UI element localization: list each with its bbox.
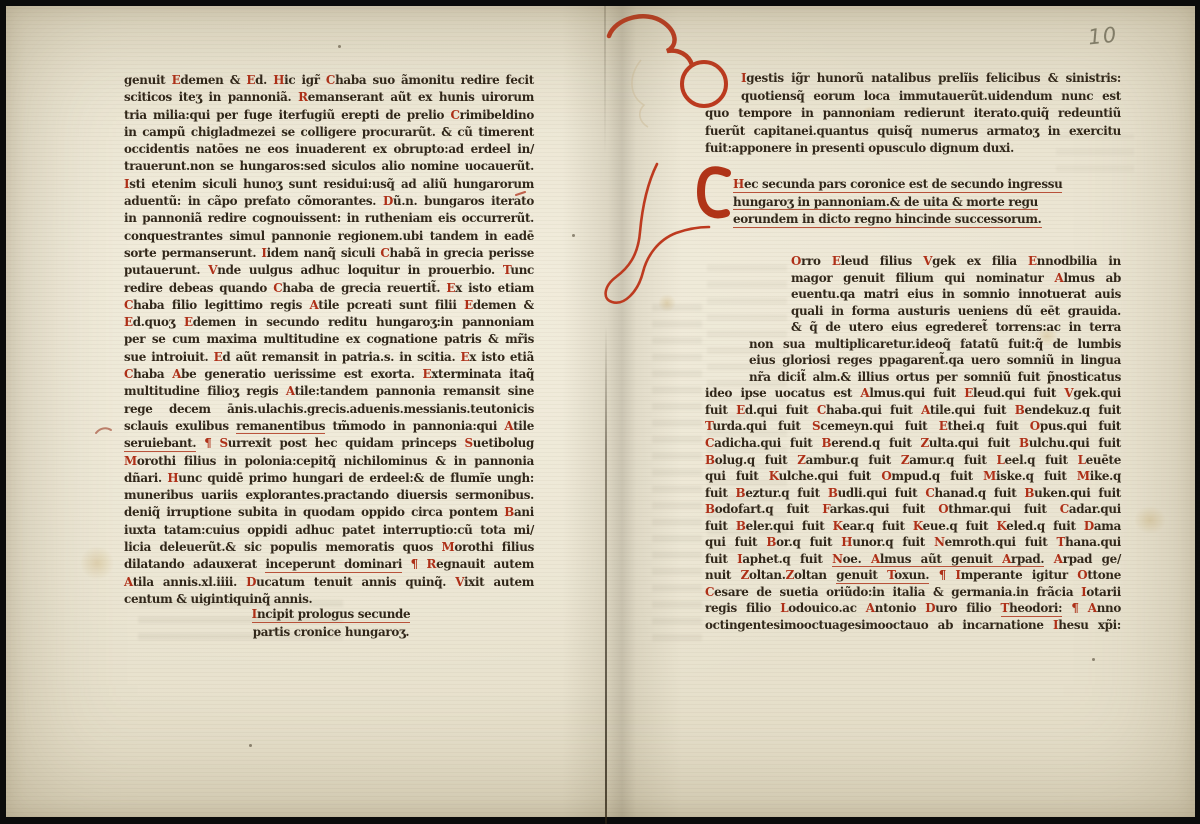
text-line: Chaba Abe generatio uerissime est exorta…: [124, 366, 534, 383]
text-line: quotiensq̃ eorum loca immutauerũt.uidend…: [705, 88, 1121, 106]
text-line: iuxta tatam:cuius oppidi adhuc patet int…: [124, 522, 534, 539]
text-line: nr̃a dicit̃ alm.& illius ortus per somni…: [705, 369, 1121, 386]
stain: [658, 294, 676, 312]
text-line: Bodofart.q fuit Farkas.qui fuit Othmar.q…: [705, 501, 1121, 518]
handwritten-page-number: 10: [1087, 23, 1119, 50]
text-line: Incipit prologus secunde: [176, 605, 486, 623]
text-line: Turda.qui fuit Scemeyn.qui fuit Ethei.q …: [705, 418, 1121, 435]
text-line: non sua multiplicaretur.ideoq̃ fatatũ fu…: [705, 336, 1121, 353]
text-line: Atila annis.xl.iiii. Ducatum tenuit anni…: [124, 574, 534, 591]
text-line: ideo ipse uocatus est Almus.qui fuit Ele…: [705, 385, 1121, 402]
show-through: [652, 301, 702, 641]
text-line: & q̃ de utero eius egrederet̃ torrens:ac…: [705, 319, 1121, 336]
right-page-intro-paragraph: Igestis ig̃r hunorũ natalibus prelĩis fe…: [705, 70, 1121, 158]
stain: [80, 546, 114, 580]
scanned-book-photo: genuit Edemen & Ed. Hic igr̃ Chaba suo ã…: [0, 0, 1200, 824]
text-line: fuit:apponere in presenti opusculo dignu…: [705, 140, 1121, 158]
text-line: hungaroʒ in pannoniam.& de uita & morte …: [733, 194, 1125, 212]
text-line: Ed.quoʒ Edemen in secundo reditu hungaro…: [124, 314, 534, 331]
text-line: dilatando adauxerat inceperunt dominari …: [124, 556, 534, 573]
text-line: partis cronice hungaroʒ.: [176, 623, 486, 641]
text-line: deniq̃ irruptione subita in quodam oppid…: [124, 504, 534, 521]
gutter-crease-upper: [604, 6, 606, 156]
text-line: octingentesimooctuagesimooctauo ab incar…: [705, 617, 1121, 634]
text-line: conquestrantes simul pannonie regionem.u…: [124, 228, 534, 245]
text-line: Chaba filio legittimo regis Atile pcreat…: [124, 297, 534, 314]
speck: [338, 45, 341, 48]
text-line: fuerũt capitanei.quantus quisq̃ numerus …: [705, 123, 1121, 141]
text-line: per se cum maxima multitudine ex cognati…: [124, 331, 534, 348]
text-line: aduentũ: in cãpo prefato cõmorantes. Dũ.…: [124, 193, 534, 210]
text-line: Cadicha.qui fuit Berend.q fuit Zulta.qui…: [705, 435, 1121, 452]
text-line: Morothi filius in polonia:cepitq̃ nichil…: [124, 453, 534, 470]
left-page-colophon: Incipit prologus secundepartis cronice h…: [176, 605, 486, 641]
text-line: in pannoniã redire cognouissent: in ruth…: [124, 210, 534, 227]
speck: [249, 744, 252, 747]
text-line: seruiebant. ¶ Surrexit post hec quidam p…: [124, 435, 534, 452]
text-line: eorundem in dicto regno hincinde success…: [733, 211, 1125, 229]
stain: [1134, 506, 1166, 534]
text-line: in campũ chigladmezei se colligere procu…: [124, 124, 534, 141]
text-line: rege decem ānis.ulachis.grecis.aduenis.m…: [124, 401, 534, 418]
text-line: fuit Beztur.q fuit Budli.qui fuit Chanad…: [705, 485, 1121, 502]
text-line: euentu.qa matri eius in somnio innotuera…: [705, 286, 1121, 303]
text-line: magor genuit filium qui nominatur Almus …: [705, 270, 1121, 287]
text-line: Hec secunda pars coronice est de secundo…: [733, 176, 1125, 194]
text-line: fuit Beler.qui fuit Kear.q fuit Keue.q f…: [705, 518, 1121, 535]
text-line: tria milia:qui per fuge iterfugiũ erepti…: [124, 107, 534, 124]
text-line: multitudine filioʒ regis Atile:tandem pa…: [124, 383, 534, 400]
text-line: redire debeas quando Chaba de grecia reu…: [124, 280, 534, 297]
text-line: sclauis exulibus remanentibus tm̃modo in…: [124, 418, 534, 435]
text-line: genuit Edemen & Ed. Hic igr̃ Chaba suo ã…: [124, 72, 534, 89]
text-line: qui fuit Bor.q fuit Hunor.q fuit Nemroth…: [705, 534, 1121, 551]
text-line: putauerunt. Vnde uulgus adhuc loquitur i…: [124, 262, 534, 279]
text-line: occidentis natōes ne eos inuaderent ex o…: [124, 141, 534, 158]
text-line: Orro Eleud filius Vgek ex filia Ennodbil…: [705, 253, 1121, 270]
text-line: sorte permanserunt. Iidem nanq̃ siculi C…: [124, 245, 534, 262]
text-line: Igestis ig̃r hunorũ natalibus prelĩis fe…: [705, 70, 1121, 88]
right-page-body-paragraph: Orro Eleud filius Vgek ex filia Ennodbil…: [705, 253, 1121, 634]
text-line: sue introiuit. Ed aũt remansit in patria…: [124, 349, 534, 366]
text-line: fuit Iaphet.q fuit Noe. Almus aũt genuit…: [705, 551, 1121, 568]
text-line: qui fuit Kulche.qui fuit Ompud.q fuit Mi…: [705, 468, 1121, 485]
text-line: eius gloriosi reges ppagarent̃.qa uero s…: [705, 352, 1121, 369]
text-line: quo tempore in pannoniam redierunt itera…: [705, 105, 1121, 123]
text-line: fuit Ed.qui fuit Chaba.qui fuit Atile.qu…: [705, 402, 1121, 419]
text-line: Cesare de suetia oriũdo:in italia & germ…: [705, 584, 1121, 601]
text-line: Bolug.q fuit Zambur.q fuit Zamur.q fuit …: [705, 452, 1121, 469]
speck: [572, 234, 575, 237]
text-line: sciticos iteʒ in pannoniã. Remanserant a…: [124, 89, 534, 106]
text-line: nuit Zoltan.Zoltan genuit Toxun. ¶ Imper…: [705, 567, 1121, 584]
text-line: muneribus uariis explorantes.practando d…: [124, 487, 534, 504]
text-line: quali in forma austuris ueniens dũ eēt g…: [705, 303, 1121, 320]
text-line: Isti etenim siculi hunoʒ sunt residui:us…: [124, 176, 534, 193]
text-line: licia deleuerũt.& sic populis memoratis …: [124, 539, 534, 556]
text-line: trauerunt.non se hungaros:sed siculos al…: [124, 158, 534, 175]
right-page-rubric-heading: Hec secunda pars coronice est de secundo…: [733, 176, 1125, 229]
gutter-crease: [605, 326, 607, 824]
text-line: regis filio Lodouico.ac Antonio Duro fil…: [705, 600, 1121, 617]
left-page-text-column: genuit Edemen & Ed. Hic igr̃ Chaba suo ã…: [124, 72, 534, 608]
text-line: dñari. Hunc quidē primo hungari de erdee…: [124, 470, 534, 487]
speck: [1092, 658, 1095, 661]
book-spread: genuit Edemen & Ed. Hic igr̃ Chaba suo ã…: [6, 6, 1195, 817]
